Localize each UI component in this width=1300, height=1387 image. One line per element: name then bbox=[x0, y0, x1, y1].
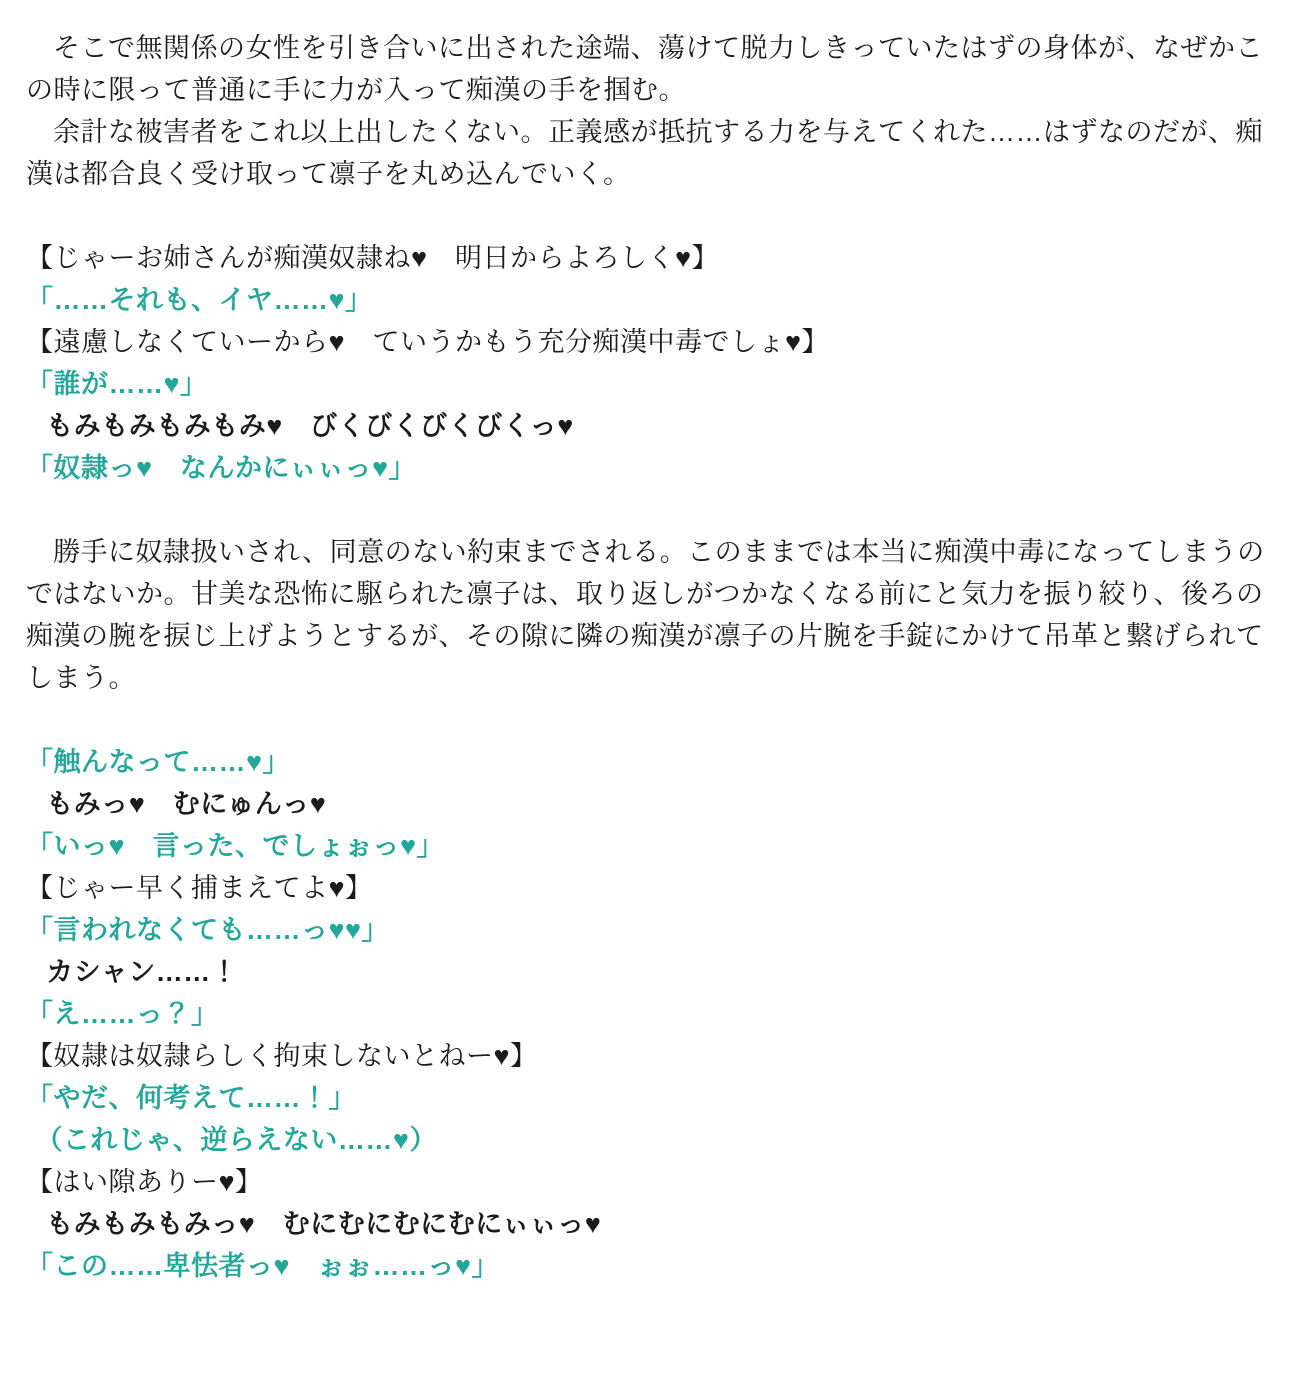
heroine-line: 「この……卑怯者っ♥ ぉぉ……っ♥」 bbox=[26, 1245, 1274, 1287]
heroine-line: 「奴隷っ♥ なんかにぃぃっ♥」 bbox=[26, 447, 1274, 489]
narration-line: そこで無関係の女性を引き合いに出された途端、蕩けて脱力しきっていたはずの身体が、… bbox=[26, 27, 1274, 111]
heroine-line: 「触んなって……♥」 bbox=[26, 741, 1274, 783]
blank-line bbox=[26, 195, 1274, 237]
molester-line: 【奴隷は奴隷らしく拘束しないとねー♥】 bbox=[26, 1035, 1274, 1077]
heroine-line: 「誰が……♥」 bbox=[26, 363, 1274, 405]
sfx-line: カシャン……！ bbox=[26, 951, 1274, 993]
blank-line bbox=[26, 489, 1274, 531]
heroine-line: 「いっ♥ 言った、でしょぉっ♥」 bbox=[26, 825, 1274, 867]
heroine-line: 「……それも、イヤ……♥」 bbox=[26, 279, 1274, 321]
heroine-line: 「やだ、何考えて……！」 bbox=[26, 1077, 1274, 1119]
blank-line bbox=[26, 699, 1274, 741]
sfx-line: もみもみもみっ♥ むにむにむにむにぃぃっ♥ bbox=[26, 1203, 1274, 1245]
story-text: そこで無関係の女性を引き合いに出された途端、蕩けて脱力しきっていたはずの身体が、… bbox=[26, 27, 1274, 1287]
thought-line: （これじゃ、逆らえない……♥） bbox=[26, 1119, 1274, 1161]
sfx-line: もみもみもみもみ♥ びくびくびくびくっ♥ bbox=[26, 405, 1274, 447]
molester-line: 【はい隙ありー♥】 bbox=[26, 1161, 1274, 1203]
narration-line: 余計な被害者をこれ以上出したくない。正義感が抵抗する力を与えてくれた……はずなの… bbox=[26, 111, 1274, 195]
sfx-line: もみっ♥ むにゅんっ♥ bbox=[26, 783, 1274, 825]
molester-line: 【遠慮しなくていーから♥ ていうかもう充分痴漢中毒でしょ♥】 bbox=[26, 321, 1274, 363]
molester-line: 【じゃー早く捕まえてよ♥】 bbox=[26, 867, 1274, 909]
heroine-line: 「言われなくても……っ♥♥」 bbox=[26, 909, 1274, 951]
narration-line: 勝手に奴隷扱いされ、同意のない約束までされる。このままでは本当に痴漢中毒になって… bbox=[26, 531, 1274, 699]
story-page: そこで無関係の女性を引き合いに出された途端、蕩けて脱力しきっていたはずの身体が、… bbox=[0, 0, 1300, 1387]
molester-line: 【じゃーお姉さんが痴漢奴隷ね♥ 明日からよろしく♥】 bbox=[26, 237, 1274, 279]
heroine-line: 「え……っ？」 bbox=[26, 993, 1274, 1035]
